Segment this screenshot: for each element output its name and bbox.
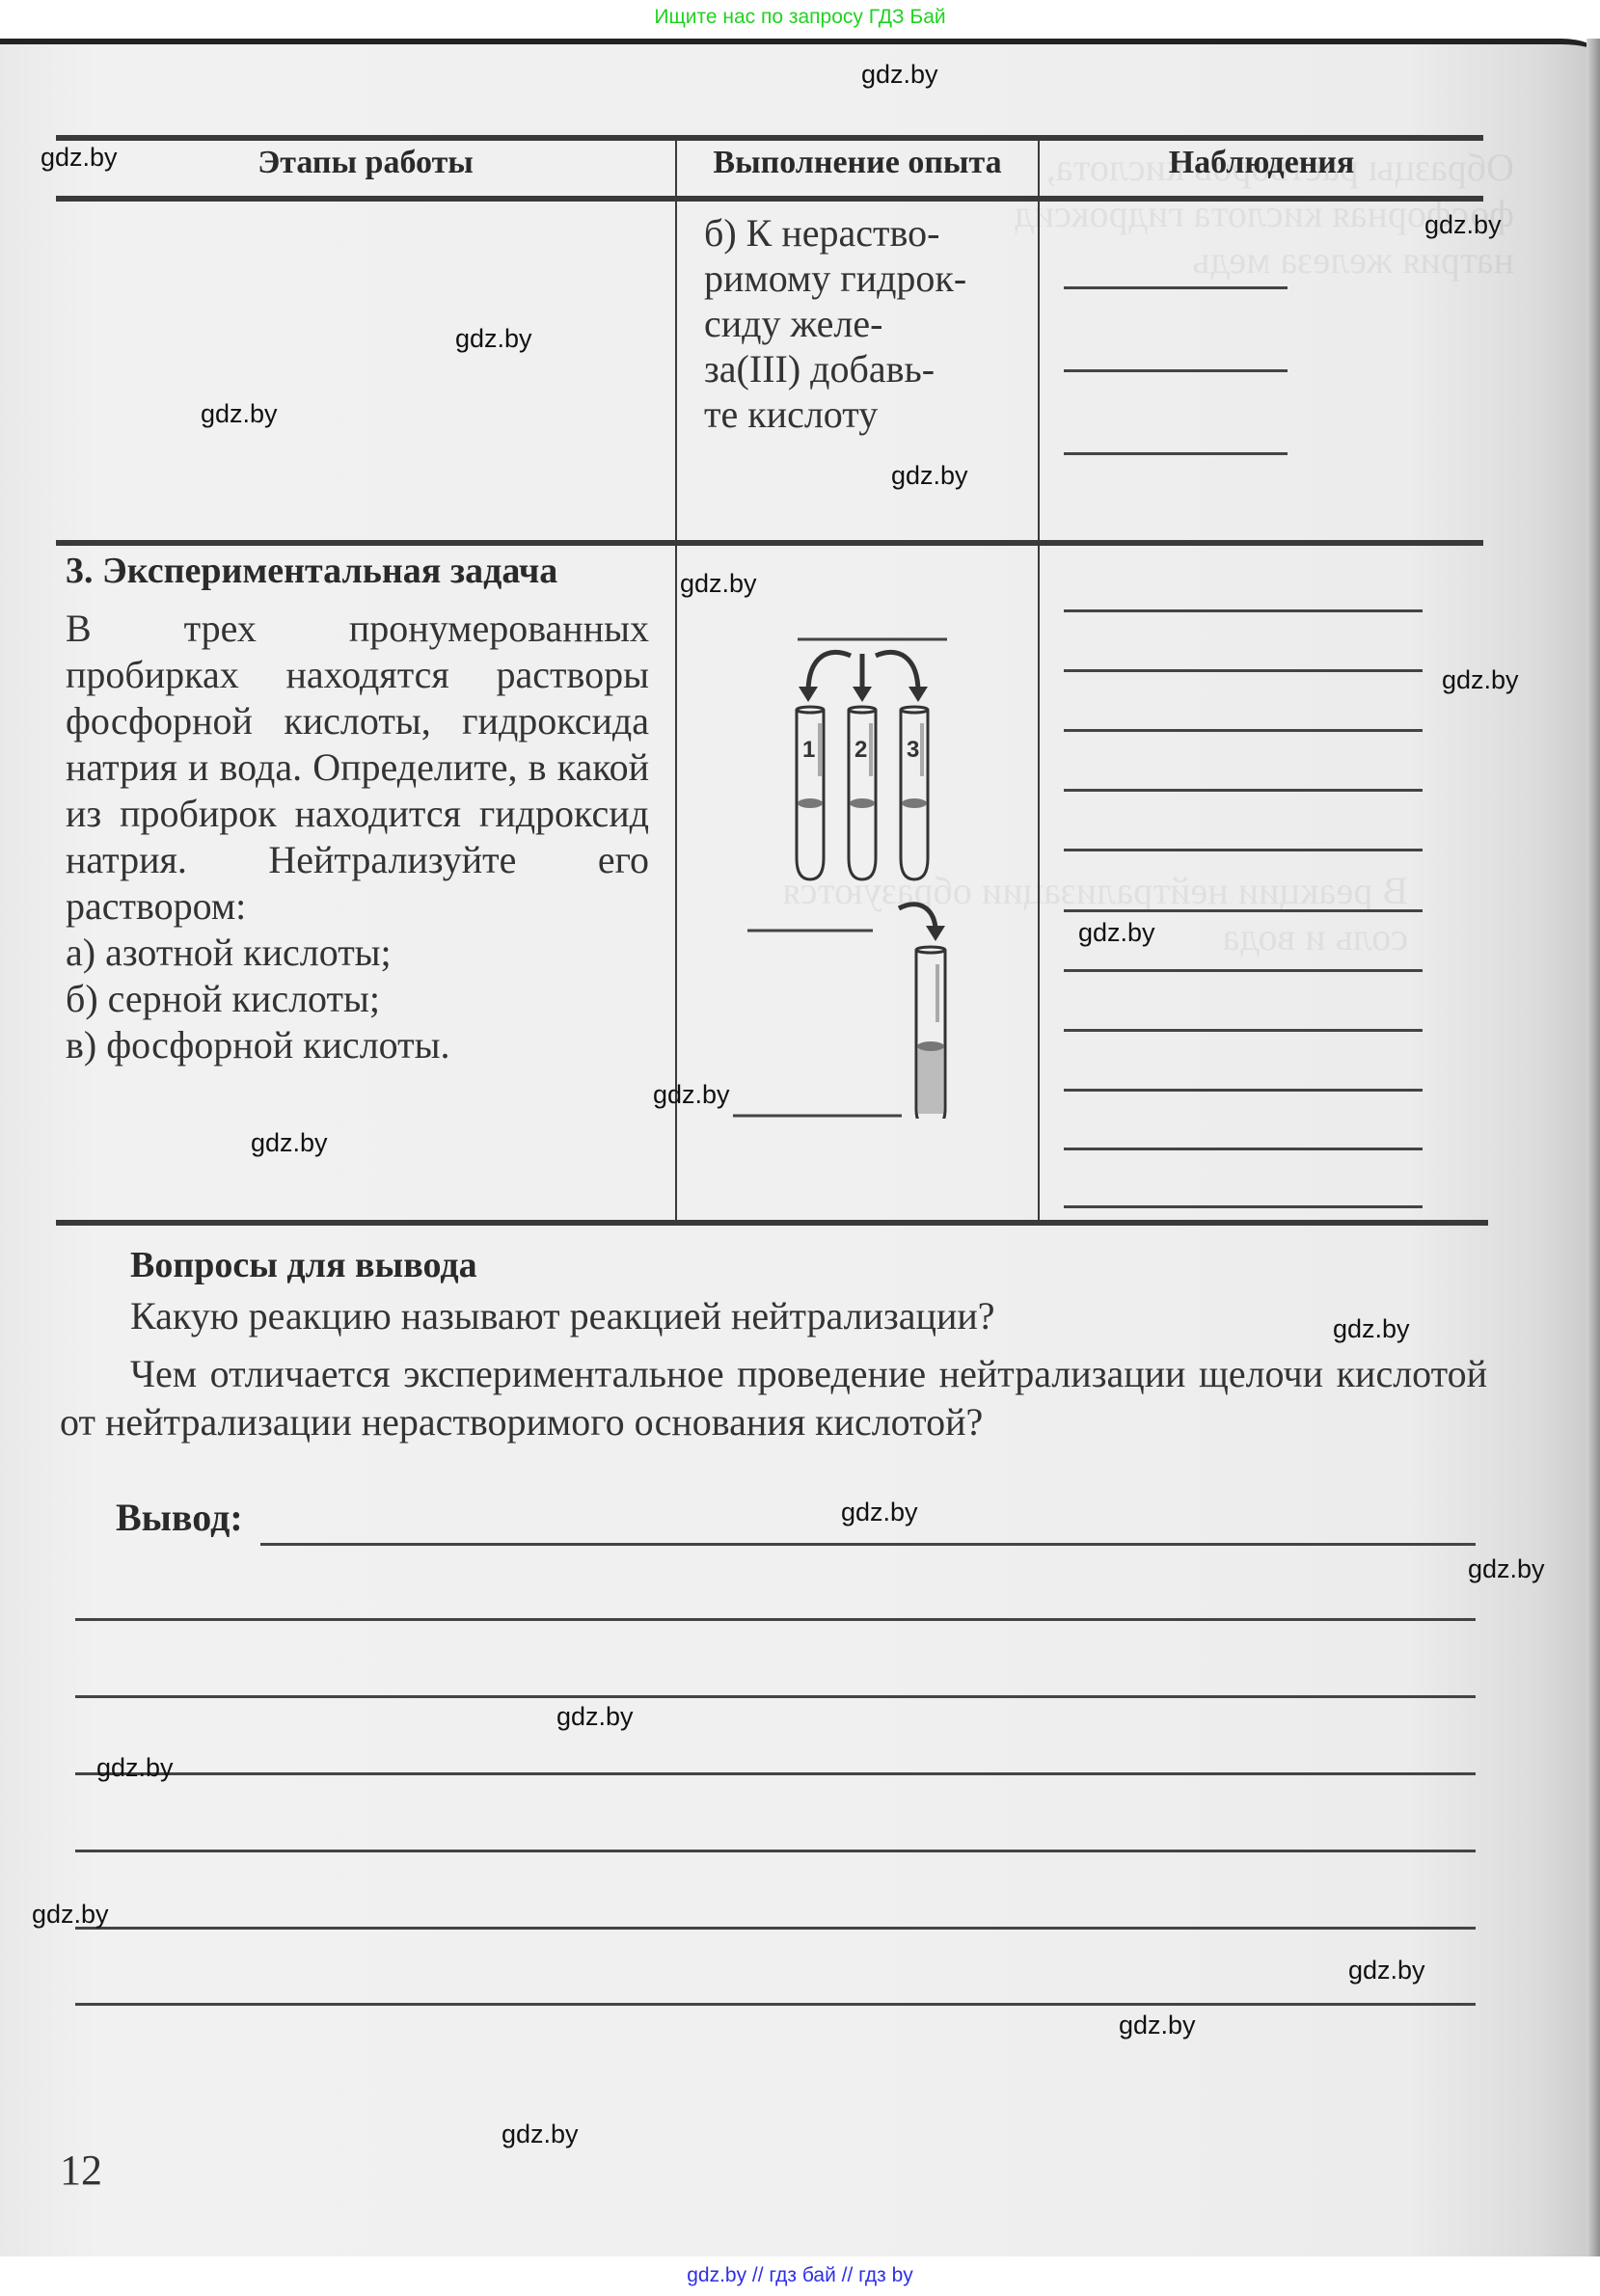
page-number: 12 (60, 2146, 102, 2195)
conclusion-answer-line[interactable] (75, 2003, 1476, 2006)
column-header-stages: Этапы работы (56, 145, 675, 181)
top-banner[interactable]: Ищите нас по запросу ГДЗ Бай (0, 0, 1600, 39)
procedure-line: б) К нераство- (704, 210, 1032, 256)
observation-answer-line[interactable] (1064, 1148, 1423, 1150)
observation-answer-line[interactable] (1064, 849, 1423, 851)
task-description: В трех пронумерованных пробирках находят… (66, 606, 649, 1068)
table-header-rule (56, 196, 1483, 202)
observation-answer-line[interactable] (1064, 1089, 1423, 1092)
procedure-line: сиду желе- (704, 301, 1032, 346)
procedure-line: за(III) добавь- (704, 346, 1032, 392)
conclusion-answer-line[interactable] (75, 1695, 1476, 1698)
watermark: gdz.by (1468, 1554, 1545, 1584)
watermark: gdz.by (1333, 1314, 1410, 1344)
observation-answer-line[interactable] (1064, 669, 1423, 672)
task-title: 3. Экспериментальная задача (66, 550, 557, 592)
table-col-divider-1 (675, 135, 677, 1225)
watermark: gdz.by (1348, 1956, 1425, 1985)
conclusion-answer-line[interactable] (260, 1543, 1476, 1546)
procedure-text: б) К нераство- римому гидрок- сиду желе-… (704, 210, 1032, 437)
watermark: gdz.by (653, 1080, 730, 1110)
question-2: Чем отличается экспериментальное проведе… (60, 1350, 1487, 1446)
observation-answer-line[interactable] (1064, 729, 1423, 732)
watermark: gdz.by (556, 1702, 634, 1732)
watermark: gdz.by (891, 461, 968, 491)
tube-label-3: 3 (907, 737, 919, 763)
task-option-a: а) азотной кислоты; (66, 930, 649, 976)
watermark: gdz.by (841, 1498, 918, 1527)
task-option-b: б) серной кислоты; (66, 976, 649, 1022)
bottom-banner[interactable]: gdz.by // гдз бай // гдз by (0, 2256, 1600, 2296)
watermark: gdz.by (1424, 210, 1502, 240)
watermark: gdz.by (1119, 2011, 1196, 2040)
observation-answer-line[interactable] (1064, 909, 1423, 912)
procedure-line: те кислоту (704, 392, 1032, 437)
arrow-left-icon (808, 652, 851, 692)
table-top-rule (56, 135, 1483, 141)
observation-answer-line[interactable] (1064, 452, 1288, 455)
watermark: gdz.by (680, 569, 757, 599)
tube-label-1: 1 (802, 737, 815, 763)
table-row-divider (56, 540, 1483, 546)
column-header-procedure: Выполнение опыта (677, 145, 1038, 181)
observation-answer-line[interactable] (1064, 286, 1288, 289)
conclusion-label: Вывод: (116, 1495, 243, 1540)
conclusion-answer-line[interactable] (75, 1772, 1476, 1775)
watermark: gdz.by (251, 1128, 328, 1158)
conclusion-answer-line[interactable] (75, 1927, 1476, 1930)
conclusion-answer-line[interactable] (75, 1618, 1476, 1621)
watermark: gdz.by (96, 1753, 174, 1783)
observation-answer-line[interactable] (1064, 369, 1288, 372)
observation-answer-line[interactable] (1064, 1205, 1423, 1208)
column-header-observations: Наблюдения (1040, 145, 1483, 181)
table-bottom-rule (56, 1220, 1488, 1226)
task-option-c: в) фосфорной кислоты. (66, 1022, 649, 1068)
test-tubes-illustration: 1 2 3 (733, 617, 1042, 1119)
watermark: gdz.by (41, 143, 118, 173)
observation-answer-line[interactable] (1064, 969, 1423, 972)
watermark: gdz.by (502, 2120, 579, 2149)
conclusion-answer-line[interactable] (75, 1850, 1476, 1852)
procedure-line: римому гидрок- (704, 256, 1032, 301)
watermark: gdz.by (455, 324, 532, 354)
watermark: gdz.by (861, 60, 938, 90)
observation-answer-line[interactable] (1064, 789, 1423, 792)
question-1: Какую реакцию называют реакцией нейтрали… (60, 1292, 1487, 1340)
task-paragraph: В трех пронумерованных пробирках находят… (66, 606, 649, 930)
observation-answer-line[interactable] (1064, 1029, 1423, 1032)
arrow-right-icon (876, 652, 918, 692)
questions-title: Вопросы для вывода (130, 1244, 477, 1286)
watermark: gdz.by (201, 399, 278, 429)
watermark: gdz.by (32, 1900, 109, 1930)
tube-label-2: 2 (854, 737, 867, 763)
watermark: gdz.by (1442, 665, 1519, 695)
page-edge-shadow (1586, 39, 1600, 2256)
observation-answer-line[interactable] (1064, 609, 1423, 612)
watermark: gdz.by (1078, 918, 1155, 948)
